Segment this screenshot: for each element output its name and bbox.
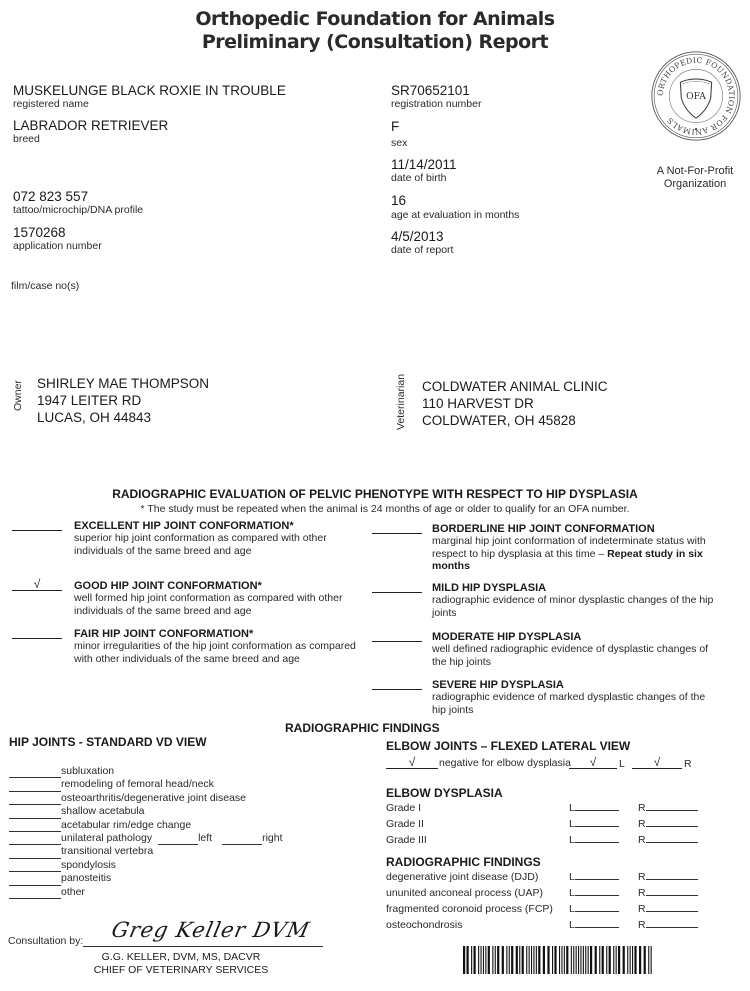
hip-finding-row: other <box>9 886 283 899</box>
elbow-left-checkbox[interactable]: √ <box>569 755 617 769</box>
elbow-grade-row: Grade IIILR <box>386 832 726 848</box>
elbow-negative-row: √ negative for elbow dysplasia √ L √ R <box>386 755 726 771</box>
not-for-profit-caption: A Not-For-Profit Organization <box>640 165 750 191</box>
elbow-finding-row: osteochondrosisLR <box>386 917 726 933</box>
hip-grade-title: FAIR HIP JOINT CONFORMATION* <box>74 628 364 640</box>
ofa-seal-logo: ORTHOPEDIC FOUNDATION FOR ANIMALS OFA <box>650 50 742 142</box>
hip-finding-row: panosteitis <box>9 872 283 885</box>
right-blank[interactable]: R <box>638 832 698 846</box>
registration-number-field: SR70652101 registration number <box>391 83 481 110</box>
right-blank[interactable]: R <box>638 800 698 814</box>
hip-grade-title: GOOD HIP JOINT CONFORMATION* <box>74 580 364 592</box>
hip-finding-label: acetabular rim/edge change <box>61 819 191 832</box>
right-blank[interactable]: R <box>638 869 698 883</box>
hip-finding-label: unilateral pathology <box>61 832 152 845</box>
hip-grade-description: well formed hip joint conformation as co… <box>74 592 364 617</box>
hip-finding-blank[interactable] <box>9 781 61 792</box>
elbow-grade-list: Grade ILRGrade IILRGrade IIILR <box>386 800 726 848</box>
hip-grade-description: marginal hip joint conformation of indet… <box>432 535 722 573</box>
hip-finding-row: subluxation <box>9 765 283 778</box>
hip-finding-blank[interactable] <box>9 767 61 778</box>
hip-finding-blank[interactable] <box>9 834 61 845</box>
elbow-findings-list: degenerative joint disease (DJD)LRununit… <box>386 869 726 933</box>
veterinarian-address: COLDWATER ANIMAL CLINIC 110 HARVEST DR C… <box>422 378 608 429</box>
left-blank[interactable]: L <box>569 917 619 931</box>
date-of-birth-field: 11/14/2011 date of birth <box>391 157 457 184</box>
elbow-findings-title: RADIOGRAPHIC FINDINGS <box>386 855 541 869</box>
hip-grade-checkbox[interactable] <box>372 641 422 642</box>
title-line-2: Preliminary (Consultation) Report <box>0 31 750 54</box>
hip-finding-blank[interactable] <box>9 821 61 832</box>
left-blank[interactable]: L <box>569 869 619 883</box>
hip-finding-label: subluxation <box>61 765 114 778</box>
hip-grade-checkbox[interactable] <box>372 592 422 593</box>
hip-grade-checkbox[interactable]: √ <box>12 590 62 591</box>
owner-side-label: Owner <box>12 380 24 411</box>
consultation-by-label: Consultation by: <box>8 935 83 947</box>
hip-finding-blank[interactable] <box>9 808 61 819</box>
left-blank[interactable]: L <box>569 800 619 814</box>
signer-block: G.G. KELLER, DVM, MS, DACVR CHIEF OF VET… <box>86 951 276 976</box>
check-mark-icon: √ <box>12 578 62 590</box>
hip-grade-description: superior hip joint conformation as compa… <box>74 532 364 557</box>
hip-finding-blank[interactable] <box>9 888 61 899</box>
hip-joints-title: HIP JOINTS - STANDARD VD VIEW <box>9 735 207 749</box>
hip-grade-checkbox[interactable] <box>12 530 62 531</box>
left-blank[interactable]: L <box>569 816 619 830</box>
elbow-grade-row: Grade ILR <box>386 800 726 816</box>
seal-shield-text: OFA <box>686 91 706 102</box>
film-case-label: film/case no(s) <box>11 280 79 292</box>
left-blank[interactable]: L <box>569 901 619 915</box>
hip-finding-row: shallow acetabula <box>9 805 283 818</box>
evaluation-note: * The study must be repeated when the an… <box>0 503 750 515</box>
elbow-dysplasia-title: ELBOW DYSPLASIA <box>386 786 503 800</box>
hip-finding-row: acetabular rim/edge change <box>9 819 283 832</box>
hip-finding-row: osteoarthritis/degenerative joint diseas… <box>9 792 283 805</box>
check-mark-icon: √ <box>590 755 597 769</box>
hip-grade-checkbox[interactable] <box>12 638 62 639</box>
signature: Greg Keller DVM <box>109 918 312 942</box>
elbow-negative-label: negative for elbow dysplasia <box>439 757 571 769</box>
hip-finding-blank[interactable] <box>9 794 61 805</box>
left-blank[interactable]: L <box>569 885 619 899</box>
elbow-finding-row: fragmented coronoid process (FCP)LR <box>386 901 726 917</box>
registered-name-field: MUSKELUNGE BLACK ROXIE IN TROUBLE regist… <box>13 83 286 110</box>
date-of-report-field: 4/5/2013 date of report <box>391 229 453 256</box>
title-line-1: Orthopedic Foundation for Animals <box>0 8 750 31</box>
application-number-field: 1570268 application number <box>13 225 102 252</box>
hip-finding-row: unilateral pathologyleftright <box>9 832 283 845</box>
age-at-evaluation-field: 16 age at evaluation in months <box>391 193 519 221</box>
owner-address: SHIRLEY MAE THOMPSON 1947 LEITER RD LUCA… <box>37 375 209 426</box>
hip-grade-checkbox[interactable] <box>372 689 422 690</box>
report-title: Orthopedic Foundation for Animals Prelim… <box>0 8 750 54</box>
hip-finding-label: osteoarthritis/degenerative joint diseas… <box>61 792 246 805</box>
tattoo-microchip-field: 072 823 557 tattoo/microchip/DNA profile <box>13 189 143 216</box>
hip-grade-title: EXCELLENT HIP JOINT CONFORMATION* <box>74 520 364 532</box>
elbow-right-checkbox[interactable]: √ <box>632 755 682 769</box>
elbow-negative-checkbox[interactable]: √ <box>386 755 438 769</box>
sex-field: F sex <box>391 119 407 149</box>
veterinarian-side-label: Veterinarian <box>395 374 407 430</box>
barcode <box>463 946 655 974</box>
check-mark-icon: √ <box>409 755 416 769</box>
elbow-finding-row: ununited anconeal process (UAP)LR <box>386 885 726 901</box>
hip-findings-list: subluxationremodeling of femoral head/ne… <box>9 765 283 899</box>
unilateral-right-blank[interactable] <box>222 834 262 845</box>
signature-line <box>83 946 323 947</box>
right-blank[interactable]: R <box>638 917 698 931</box>
evaluation-title: RADIOGRAPHIC EVALUATION OF PELVIC PHENOT… <box>0 487 750 501</box>
hip-grade-description: minor irregularities of the hip joint co… <box>74 640 364 665</box>
hip-finding-label: transitional vertebra <box>61 845 153 858</box>
elbow-joints-title: ELBOW JOINTS – FLEXED LATERAL VIEW <box>386 739 630 753</box>
hip-grade-title: BORDERLINE HIP JOINT CONFORMATION <box>432 523 722 535</box>
hip-finding-label: other <box>61 886 85 899</box>
hip-finding-blank[interactable] <box>9 875 61 886</box>
right-blank[interactable]: R <box>638 901 698 915</box>
hip-grade-title: MILD HIP DYSPLASIA <box>432 582 722 594</box>
hip-finding-label: remodeling of femoral head/neck <box>61 778 214 791</box>
hip-finding-row: remodeling of femoral head/neck <box>9 778 283 791</box>
hip-grade-title: MODERATE HIP DYSPLASIA <box>432 631 722 643</box>
signer-name: G.G. KELLER, DVM, MS, DACVR <box>86 951 276 964</box>
hip-finding-label: panosteitis <box>61 872 111 885</box>
hip-grade-title: SEVERE HIP DYSPLASIA <box>432 679 722 691</box>
hip-finding-blank[interactable] <box>9 848 61 859</box>
findings-title: RADIOGRAPHIC FINDINGS <box>285 721 440 735</box>
right-blank[interactable]: R <box>638 816 698 830</box>
unilateral-left-blank[interactable] <box>158 834 198 845</box>
hip-grade-checkbox[interactable] <box>372 533 422 534</box>
hip-finding-row: transitional vertebra <box>9 845 283 858</box>
check-mark-icon: √ <box>654 755 661 769</box>
right-blank[interactable]: R <box>638 885 698 899</box>
hip-finding-label: spondylosis <box>61 859 116 872</box>
elbow-grade-row: Grade IILR <box>386 816 726 832</box>
breed-field: LABRADOR RETRIEVER breed <box>13 118 168 145</box>
hip-grade-description: radiographic evidence of marked dysplast… <box>432 691 722 716</box>
left-blank[interactable]: L <box>569 832 619 846</box>
signer-role: CHIEF OF VETERINARY SERVICES <box>86 964 276 977</box>
elbow-finding-row: degenerative joint disease (DJD)LR <box>386 869 726 885</box>
hip-finding-blank[interactable] <box>9 861 61 872</box>
hip-grade-description: well defined radiographic evidence of dy… <box>432 643 722 668</box>
hip-grade-description: radiographic evidence of minor dysplasti… <box>432 594 722 619</box>
hip-finding-row: spondylosis <box>9 859 283 872</box>
hip-finding-label: shallow acetabula <box>61 805 144 818</box>
